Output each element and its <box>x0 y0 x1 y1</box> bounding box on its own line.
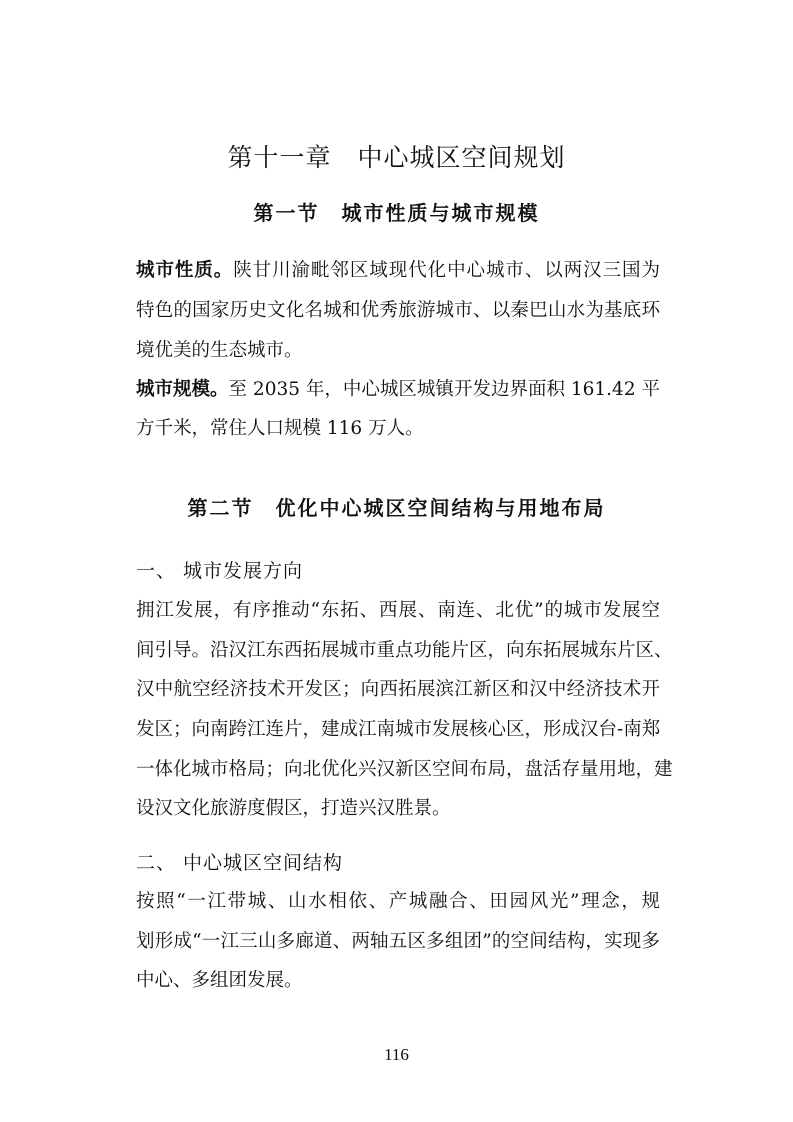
structure-line-1: 按照“一江带城、山水相依、产城融合、田园风光”理念，规 <box>136 887 660 913</box>
document-page: 第十一章 中心城区空间规划 第一节 城市性质与城市规模 城市性质。陕甘川渝毗邻区… <box>0 0 793 1122</box>
direction-line-3: 汉中航空经济技术开发区；向西拓展滨江新区和汉中经济技术开 <box>136 675 660 701</box>
scale-label: 城市规模。 <box>136 379 229 400</box>
direction-line-4: 发区；向南跨江连片，建成江南城市发展核心区，形成汉台-南郑 <box>136 715 660 741</box>
nature-line-1: 城市性质。陕甘川渝毗邻区域现代化中心城市、以两汉三国为 <box>136 256 660 282</box>
scale-line-2: 方千米，常住人口规模 116 万人。 <box>136 414 660 440</box>
page-number: 116 <box>0 1045 793 1065</box>
nature-line-3: 境优美的生态城市。 <box>136 336 660 362</box>
direction-line-6: 设汉文化旅游度假区，打造兴汉胜景。 <box>136 794 660 820</box>
subsection-1-title: 一、 城市发展方向 <box>136 556 303 583</box>
subsection-2-title: 二、 中心城区空间结构 <box>136 848 343 875</box>
nature-label: 城市性质。 <box>136 260 233 281</box>
section-2-title: 第二节 优化中心城区空间结构与用地布局 <box>0 492 793 521</box>
direction-line-2: 间引导。沿汉江东西拓展城市重点功能片区，向东拓展城东片区、 <box>136 636 660 662</box>
nature-line-2: 特色的国家历史文化名城和优秀旅游城市、以秦巴山水为基底环 <box>136 296 660 322</box>
structure-line-3: 中心、多组团发展。 <box>136 966 660 992</box>
section-1-title: 第一节 城市性质与城市规模 <box>0 197 793 226</box>
chapter-title: 第十一章 中心城区空间规划 <box>0 138 793 174</box>
direction-line-5: 一体化城市格局；向北优化兴汉新区空间布局，盘活存量用地，建 <box>136 755 660 781</box>
direction-line-1: 拥江发展，有序推动“东拓、西展、南连、北优”的城市发展空 <box>136 596 660 622</box>
scale-line-1: 城市规模。至 2035 年，中心城区城镇开发边界面积 161.42 平 <box>136 375 660 401</box>
structure-line-2: 划形成“一江三山多廊道、两轴五区多组团”的空间结构，实现多 <box>136 927 660 953</box>
